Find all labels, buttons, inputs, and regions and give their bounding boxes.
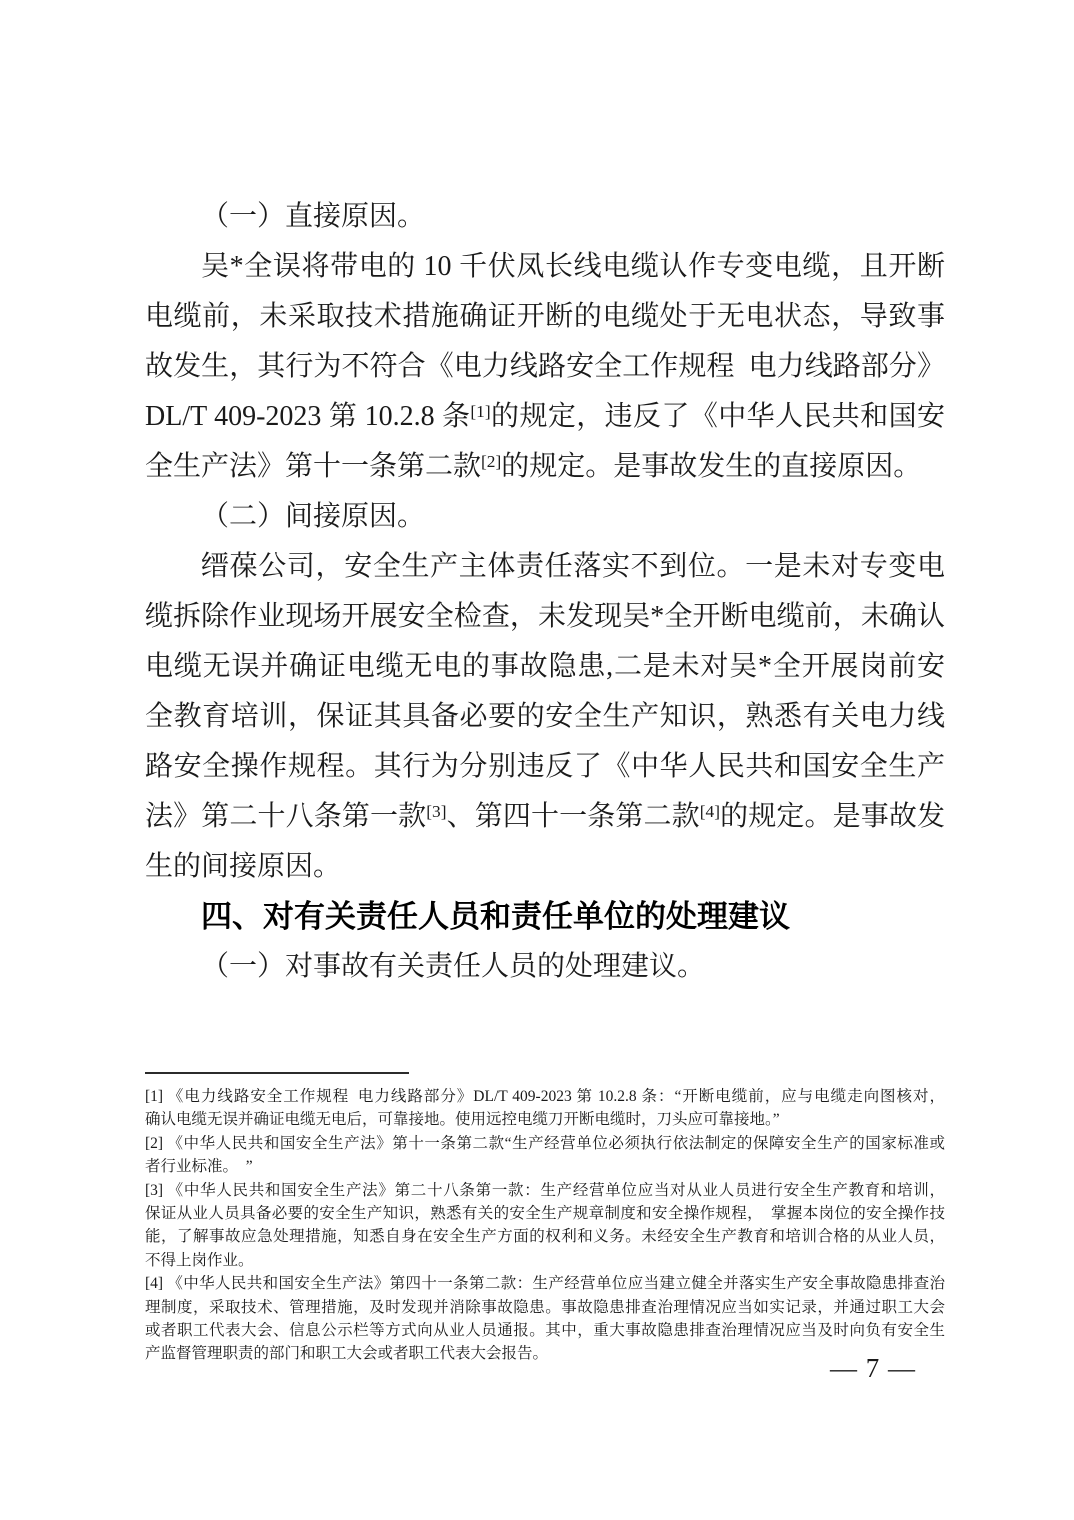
page-number: — 7 — [830, 1352, 916, 1384]
footnote-separator [145, 1072, 409, 1074]
footnote-line: 不得上岗作业。 [145, 1249, 945, 1272]
body-line: 法》第二十八条第一款[3]、第四十一条第二款[4]的规定。是事故发 [145, 792, 945, 842]
footnote-line: 保证从业人员具备必要的安全生产知识，熟悉有关的安全生产规章制度和安全操作规程， … [145, 1202, 945, 1225]
section-heading: 四、对有关责任人员和责任单位的处理建议 [145, 892, 945, 942]
footnote-line: 理制度，采取技术、管理措施，及时发现并消除事故隐患。事故隐患排查治理情况应当如实… [145, 1296, 945, 1319]
body-line: （一）对事故有关责任人员的处理建议。 [145, 942, 945, 992]
body-line: 电缆无误并确证电缆无电的事故隐患,二是未对吴*全开展岗前安 [145, 642, 945, 692]
body-line: 全生产法》第十一条第二款[2]的规定。是事故发生的直接原因。 [145, 442, 945, 492]
body-line: 生的间接原因。 [145, 842, 945, 892]
body-line: DL/T 409-2023 第 10.2.8 条[1]的规定，违反了《中华人民共… [145, 392, 945, 442]
footnote-area: [1] 《电力线路安全工作规程 电力线路部分》DL/T 409-2023 第 1… [145, 1085, 945, 1366]
footnote-ref: [2] [481, 452, 501, 471]
footnote-line: 确认电缆无误并确证电缆无电后，可靠接地。使用远控电缆刀开断电缆时，刀头应可靠接地… [145, 1108, 945, 1131]
body-line: 故发生，其行为不符合《电力线路安全工作规程 电力线路部分》 [145, 342, 945, 392]
body-line: （二）间接原因。 [145, 492, 945, 542]
footnote-line: [2] 《中华人民共和国安全生产法》第十一条第二款“生产经营单位必须执行依法制定… [145, 1132, 945, 1155]
footnote-ref: [4] [700, 802, 720, 821]
footnote-ref: [3] [426, 802, 446, 821]
body-line: 缆拆除作业现场开展安全检查，未发现吴*全开断电缆前，未确认 [145, 592, 945, 642]
body-line: 缙葆公司，安全生产主体责任落实不到位。一是未对专变电 [145, 542, 945, 592]
body-line: （一）直接原因。 [145, 192, 945, 242]
footnote-line: 产监督管理职责的部门和职工大会或者职工代表大会报告。 [145, 1342, 945, 1365]
body-line: 吴*全误将带电的 10 千伏凤长线电缆认作专变电缆，且开断 [145, 242, 945, 292]
document-page: （一）直接原因。吴*全误将带电的 10 千伏凤长线电缆认作专变电缆，且开断电缆前… [0, 0, 1074, 1520]
body-line: 路安全操作规程。其行为分别违反了《中华人民共和国安全生产 [145, 742, 945, 792]
body-line: 电缆前，未采取技术措施确证开断的电缆处于无电状态，导致事 [145, 292, 945, 342]
footnote-line: 或者职工代表大会、信息公示栏等方式向从业人员通报。其中，重大事故隐患排查治理情况… [145, 1319, 945, 1342]
footnote-line: [1] 《电力线路安全工作规程 电力线路部分》DL/T 409-2023 第 1… [145, 1085, 945, 1108]
body-line: 全教育培训，保证其具备必要的安全生产知识，熟悉有关电力线 [145, 692, 945, 742]
footnote-line: [4] 《中华人民共和国安全生产法》第四十一条第二款：生产经营单位应当建立健全并… [145, 1272, 945, 1295]
footnote-line: 能，了解事故应急处理措施，知悉自身在安全生产方面的权利和义务。未经安全生产教育和… [145, 1225, 945, 1248]
document-body: （一）直接原因。吴*全误将带电的 10 千伏凤长线电缆认作专变电缆，且开断电缆前… [145, 192, 945, 992]
footnote-line: 者行业标准。 ” [145, 1155, 945, 1178]
footnote-line: [3] 《中华人民共和国安全生产法》第二十八条第一款：生产经营单位应当对从业人员… [145, 1179, 945, 1202]
footnote-ref: [1] [470, 402, 490, 421]
